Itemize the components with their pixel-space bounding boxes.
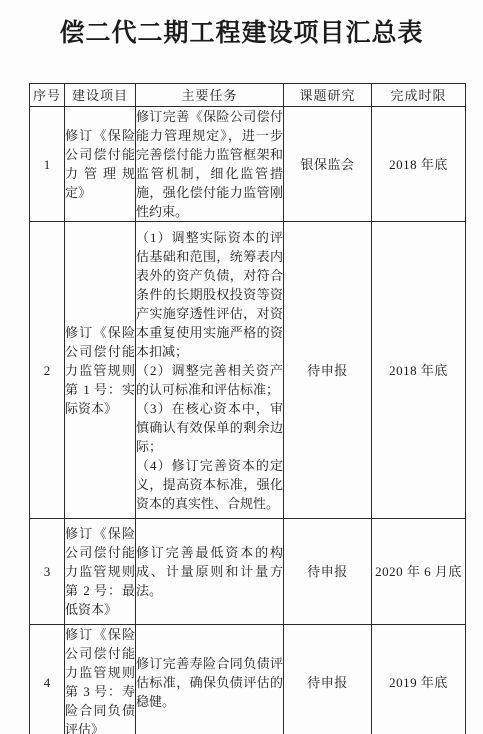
cell-research: 待申报 (284, 519, 372, 625)
cell-deadline: 2018 年底 (372, 222, 466, 519)
cell-deadline: 2018 年底 (372, 107, 466, 222)
cell-research: 待申报 (284, 222, 372, 519)
task-paragraph: （4）修订完善资本的定义，提高资本标准，强化资本的真实性、合规性。 (136, 456, 283, 513)
page-title: 偿二代二期工程建设项目汇总表 (0, 13, 483, 49)
table-row: 4 修订《保险公司偿付能力监管规则第 3 号：寿险合同负债评估》 修订完善寿险合… (30, 625, 466, 734)
cell-project: 修订《保险公司偿付能力监管规则第 2 号：最低资本》 (65, 519, 136, 625)
task-paragraph: 修订完善最低资本的构成、计量原则和计量方法。 (136, 543, 283, 600)
cell-seq: 4 (30, 625, 65, 734)
col-header-deadline: 完成时限 (372, 84, 466, 107)
task-paragraph: （2）调整完善相关资产的认可标准和评估标准； (136, 361, 283, 399)
table-row: 2 修订《保险公司偿付能力监管规则第 1 号：实际资本》 （1）调整实际资本的评… (30, 222, 466, 519)
summary-table: 序号 建设项目 主要任务 课题研究 完成时限 1 修订《保险公司偿付能力管理规定… (29, 83, 466, 734)
cell-project: 修订《保险公司偿付能力监管规则第 1 号：实际资本》 (65, 222, 136, 519)
col-header-research: 课题研究 (284, 84, 372, 107)
document-page: 偿二代二期工程建设项目汇总表 序号 建设项目 主要任务 课题研究 完成时限 1 … (0, 0, 483, 734)
col-header-seq: 序号 (30, 84, 65, 107)
cell-seq: 2 (30, 222, 65, 519)
table-row: 3 修订《保险公司偿付能力监管规则第 2 号：最低资本》 修订完善最低资本的构成… (30, 519, 466, 625)
col-header-tasks: 主要任务 (136, 84, 284, 107)
cell-seq: 1 (30, 107, 65, 222)
cell-deadline: 2019 年底 (372, 625, 466, 734)
task-paragraph: （3）在核心资本中，审慎确认有效保单的剩余边际； (136, 399, 283, 456)
cell-tasks: 修订完善《保险公司偿付能力管理规定》，进一步完善偿付能力监管框架和监管机制，细化… (136, 107, 284, 222)
cell-deadline: 2020 年 6 月底 (372, 519, 466, 625)
cell-project: 修订《保险公司偿付能力监管规则第 3 号：寿险合同负债评估》 (65, 625, 136, 734)
cell-research: 待申报 (284, 625, 372, 734)
task-paragraph: 修订完善寿险合同负债评估标准，确保负债评估的稳健。 (136, 654, 283, 711)
table-row: 1 修订《保险公司偿付能力管理规定》 修订完善《保险公司偿付能力管理规定》，进一… (30, 107, 466, 222)
header-row: 序号 建设项目 主要任务 课题研究 完成时限 (30, 84, 466, 107)
cell-research: 银保监会 (284, 107, 372, 222)
task-paragraph: 修订完善《保险公司偿付能力管理规定》，进一步完善偿付能力监管框架和监管机制，细化… (136, 107, 283, 221)
cell-tasks: 修订完善最低资本的构成、计量原则和计量方法。 (136, 519, 284, 625)
task-paragraph: （1）调整实际资本的评估基础和范围，统筹表内表外的资产负债，对符合条件的长期股权… (136, 228, 283, 361)
col-header-project: 建设项目 (65, 84, 136, 107)
cell-project: 修订《保险公司偿付能力管理规定》 (65, 107, 136, 222)
cell-tasks: （1）调整实际资本的评估基础和范围，统筹表内表外的资产负债，对符合条件的长期股权… (136, 222, 284, 519)
cell-seq: 3 (30, 519, 65, 625)
cell-tasks: 修订完善寿险合同负债评估标准，确保负债评估的稳健。 (136, 625, 284, 734)
